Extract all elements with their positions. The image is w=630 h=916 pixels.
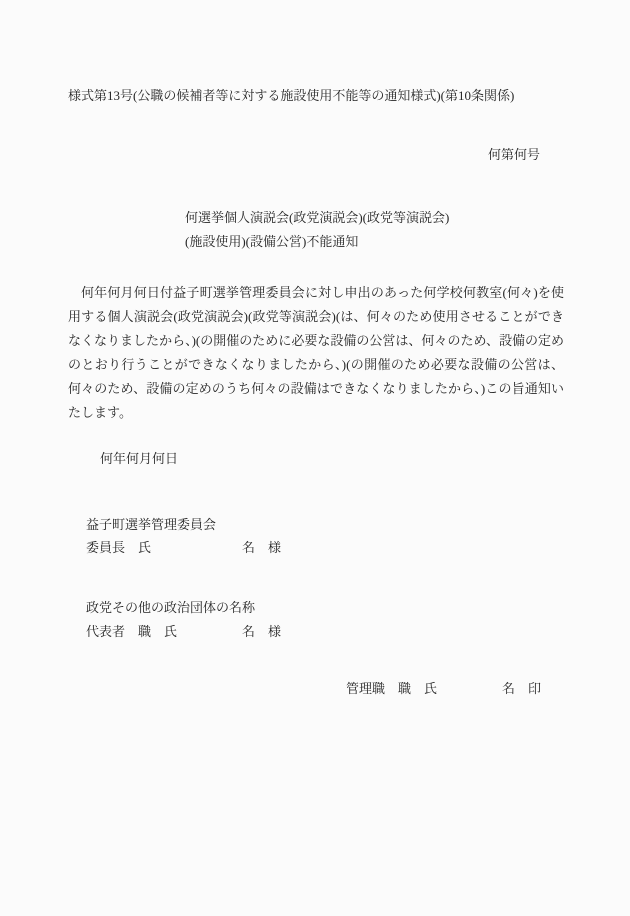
document-title-line2: (施設使用)(設備公営)不能通知 [185, 234, 358, 249]
recipient-committee-name: 益子町選挙管理委員会 [86, 517, 216, 532]
document-title-line1: 何選挙個人演説会(政党演説会)(政党等演説会) [185, 210, 449, 225]
date-line: 何年何月何日 [100, 451, 178, 466]
recipient-party-name-label: 政党その他の政治団体の名称 [86, 600, 255, 615]
form-caption: 様式第13号(公職の候補者等に対する施設使用不能等の通知様式)(第10条関係) [68, 88, 514, 103]
recipient-representative-line: 代表者 職 氏 名 様 [86, 624, 281, 639]
notice-form-page: 様式第13号(公職の候補者等に対する施設使用不能等の通知様式)(第10条関係) … [0, 0, 630, 916]
sender-manager-line: 管理職 職 氏 名 印 [346, 681, 541, 696]
document-number: 何第何号 [488, 147, 540, 162]
notice-body-paragraph: 何年何月何日付益子町選挙管理委員会に対し申出のあった何学校何教室(何々)を使用す… [68, 281, 564, 425]
recipient-chairman-line: 委員長 氏 名 様 [86, 540, 281, 555]
